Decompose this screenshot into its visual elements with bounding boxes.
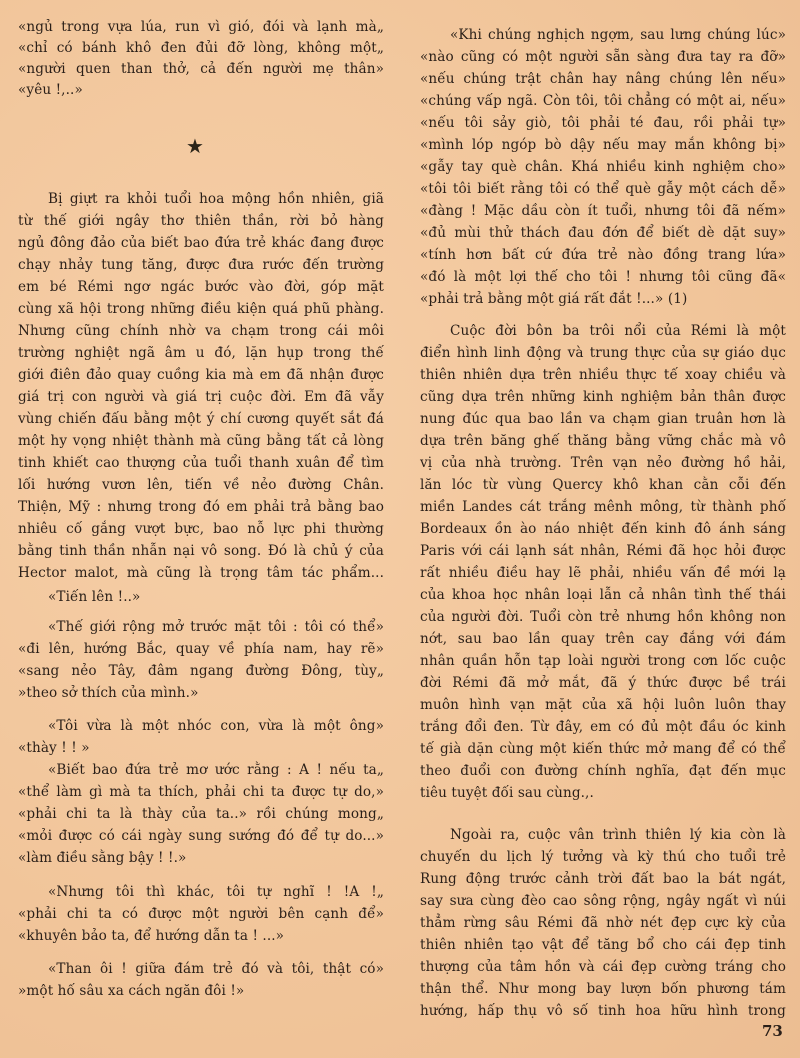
text-line: «ngủ trong vựa lúa, run vì gió, đói và l… (18, 17, 384, 37)
text-line: Bị giựt ra khỏi tuổi hoa mộng hồn nhiên,… (18, 189, 384, 209)
text-line: »theo sở thích của mình.» (18, 683, 384, 703)
text-line: thiên nhiên tạo vật để tăng bổ cho cái đ… (420, 935, 786, 955)
text-line: «nếu chúng trật chân hay nâng chúng lên … (420, 69, 786, 89)
text-line: của khoa học nhân loại lẫn cả nhân tình … (420, 585, 786, 605)
book-page: «ngủ trong vựa lúa, run vì gió, đói và l… (0, 0, 800, 1058)
text-line: tế già dặn cùng một kiến thức mở mang để… (420, 739, 786, 759)
text-line: «Tiến lên !..» (18, 587, 384, 607)
star-ornament-icon: ★ (186, 136, 204, 156)
text-line: của người đời. Tuổi còn trẻ nhưng hồn kh… (420, 607, 786, 627)
text-line: nớt, sau bao lần quay trên cay đắng với … (420, 629, 786, 649)
text-line: lăn lóc từ vùng Quercy khô khan cằn cỗi … (420, 475, 786, 495)
text-line: Ngoài ra, cuộc vân trình thiên lý kia cò… (420, 825, 786, 845)
text-line: Bordeaux ồn ào náo nhiệt đến kinh đô ánh… (420, 519, 786, 539)
text-line: «làm điều sằng bậy ! !.» (18, 848, 384, 868)
text-line: «phải chi ta có được một người bên cạnh … (18, 904, 384, 924)
text-line: «đàng ! Mặc dầu còn ít tuổi, nhưng tôi đ… (420, 201, 786, 221)
text-line: một hy vọng nhiệt thành mà cũng bằng tất… (18, 431, 384, 451)
text-line: Nhưng cũng chính nhờ va chạm trong cái m… (18, 321, 384, 341)
page-number: 73 (762, 1022, 783, 1040)
text-line: «nào cũng có một người sẵn sàng đưa tay … (420, 47, 786, 67)
text-line: thiên nhiên dựa trên nhiều thực tế xoay … (420, 365, 786, 385)
text-line: «Khi chúng nghịch ngợm, sau lưng chúng l… (420, 25, 786, 45)
text-line: rất nhiều điều hay lẽ phải, nhiều vấn đề… (420, 563, 786, 583)
text-line: vùng chiến đấu bằng một ý chí cương quyế… (18, 409, 384, 429)
text-line: dựa trên băng ghế thăng bằng vững chắc m… (420, 431, 786, 451)
text-line: «Biết bao đứa trẻ mơ ước rằng : A ! nếu … (18, 760, 384, 780)
text-line: Cuộc đời bôn ba trôi nổi của Rémi là một (420, 321, 786, 341)
text-line: «chúng vấp ngã. Còn tôi, tôi chẳng có mộ… (420, 91, 786, 111)
text-line: thượng của tâm hồn và cái đẹp cường trán… (420, 957, 786, 977)
text-line: chạy nhảy tung tăng, được đưa rước đến t… (18, 255, 384, 275)
text-line: «đó là một lợi thế cho tôi ! nhưng tôi c… (420, 267, 786, 287)
text-line: giá trị con người và giá trị cuộc đời. E… (18, 387, 384, 407)
text-line: «phải trả bằng một giá rất đắt !...» (1) (420, 289, 786, 309)
text-line: «chỉ có bánh khô đen đủi đỡ lòng, không … (18, 38, 384, 58)
text-line: «Thế giới rộng mở trước mặt tôi : tôi có… (18, 617, 384, 637)
text-line: «tôi tôi biết rằng tôi có thể què gẫy mộ… (420, 179, 786, 199)
text-line: «Nhưng tôi thì khác, tôi tự nghĩ ! !A !„ (18, 882, 384, 902)
text-line: theo đuổi con đường chính nghĩa, đạt đến… (420, 761, 786, 781)
text-line: nhân quần hỗn tạp loài người trong cơn l… (420, 651, 786, 671)
text-line: «khuyên bảo ta, để hướng dẫn ta ! ...» (18, 926, 384, 946)
text-line: «gẫy tay què chân. Khá nhiều kinh nghiệm… (420, 157, 786, 177)
text-line: trắng đổi đen. Từ đây, em có đủ một đầu … (420, 717, 786, 737)
text-line: «thể làm gì mà ta thích, phải chi ta đượ… (18, 782, 384, 802)
text-line: trường nghiệt ngã âm u đó, lặn hụp trong… (18, 343, 384, 363)
text-line: muôn hình vạn mặt của xã hội luôn luôn t… (420, 695, 786, 715)
text-line: tinh khiết cao thượng của tuổi thanh xuâ… (18, 453, 384, 473)
text-line: chuyến du lịch lý tưởng và kỳ thú cho tu… (420, 847, 786, 867)
text-line: «mỏi được có cái ngày sung sướng đó để t… (18, 826, 384, 846)
text-line: điển hình linh động và trung thực của sự… (420, 343, 786, 363)
text-line: »một hố sâu xa cách ngăn đôi !» (18, 981, 384, 1001)
text-line: Paris với cái lạnh sát nhân, Rémi đã học… (420, 541, 786, 561)
text-line: Hector malot, mà cũng là trọng tâm tác p… (18, 563, 384, 583)
text-line: từ thế giới ngây thơ thiên thần, rời bỏ … (18, 211, 384, 231)
text-line: «Than ôi ! giữa đám trẻ đó và tôi, thật … (18, 959, 384, 979)
text-line: lối hướng vươn lên, tiến về nẻo đường Ch… (18, 475, 384, 495)
text-line: đời Rémi đã mở mắt, đã ý thức được bề tr… (420, 673, 786, 693)
text-line: bằng tinh thần nhẫn nại vô song. Đó là c… (18, 541, 384, 561)
text-line: cùng xã hội trong những điều kiện quá ph… (18, 299, 384, 319)
text-line: «mình lóp ngóp bò dậy nếu may mắn không … (420, 135, 786, 155)
text-line: thẳm rừng sâu Rémi đã nhờ nét đẹp cực kỳ… (420, 913, 786, 933)
text-line: thận thể. Như mong bay lượn bốn phương t… (420, 979, 786, 999)
text-line: «Tôi vừa là một nhóc con, vừa là một ông… (18, 716, 384, 736)
text-line: «sang nẻo Tây, đâm ngang đường Đông, tùy… (18, 661, 384, 681)
text-line: cũng dựa trên những kinh nghiệm bản thân… (420, 387, 786, 407)
text-line: em bé Rémi ngơ ngác bước vào đời, góp mặ… (18, 277, 384, 297)
text-line: «người quen than thở, cả đến người mẹ th… (18, 59, 384, 79)
text-line: vị của nhà trường. Trên vạn nẻo đường hồ… (420, 453, 786, 473)
text-line: «thày ! ! » (18, 738, 384, 758)
text-line: Rung động trước cảnh trời đất bao la bát… (420, 869, 786, 889)
text-line: miền Landes cát trắng mênh mông, từ thàn… (420, 497, 786, 517)
text-line: Thiện, Mỹ : nhưng trong đó em phải trả b… (18, 497, 384, 517)
text-line: ngủ đông đảo của biết bao đứa trẻ khác đ… (18, 233, 384, 253)
text-line: giới điên đảo quay cuồng kia mà em đã nh… (18, 365, 384, 385)
text-line: nhiêu cố gắng vượt bực, bao nỗ lực phi t… (18, 519, 384, 539)
text-line: nung đúc qua bao lần va chạm gian truân … (420, 409, 786, 429)
text-line: «đủ mùi thử thách đau đớn để biết dè dặt… (420, 223, 786, 243)
text-line: «tính hơn bất cứ đứa trẻ nào đồng trang … (420, 245, 786, 265)
text-line: «đi lên, hướng Bắc, quay về phía nam, ha… (18, 639, 384, 659)
text-line: hướng, hấp thụ vô số tinh hoa hữu hình t… (420, 1001, 786, 1021)
text-line: «nếu tôi sảy giò, tôi phải té đau, rồi p… (420, 113, 786, 133)
text-line: «phải chi ta là thày của ta..» rồi chúng… (18, 804, 384, 824)
text-line: say sưa cùng đèo cao sông rộng, ngây ngấ… (420, 891, 786, 911)
text-line: «yêu !,..» (18, 80, 384, 100)
text-line: tiêu tuyệt đối sau cùng.,. (420, 783, 786, 803)
